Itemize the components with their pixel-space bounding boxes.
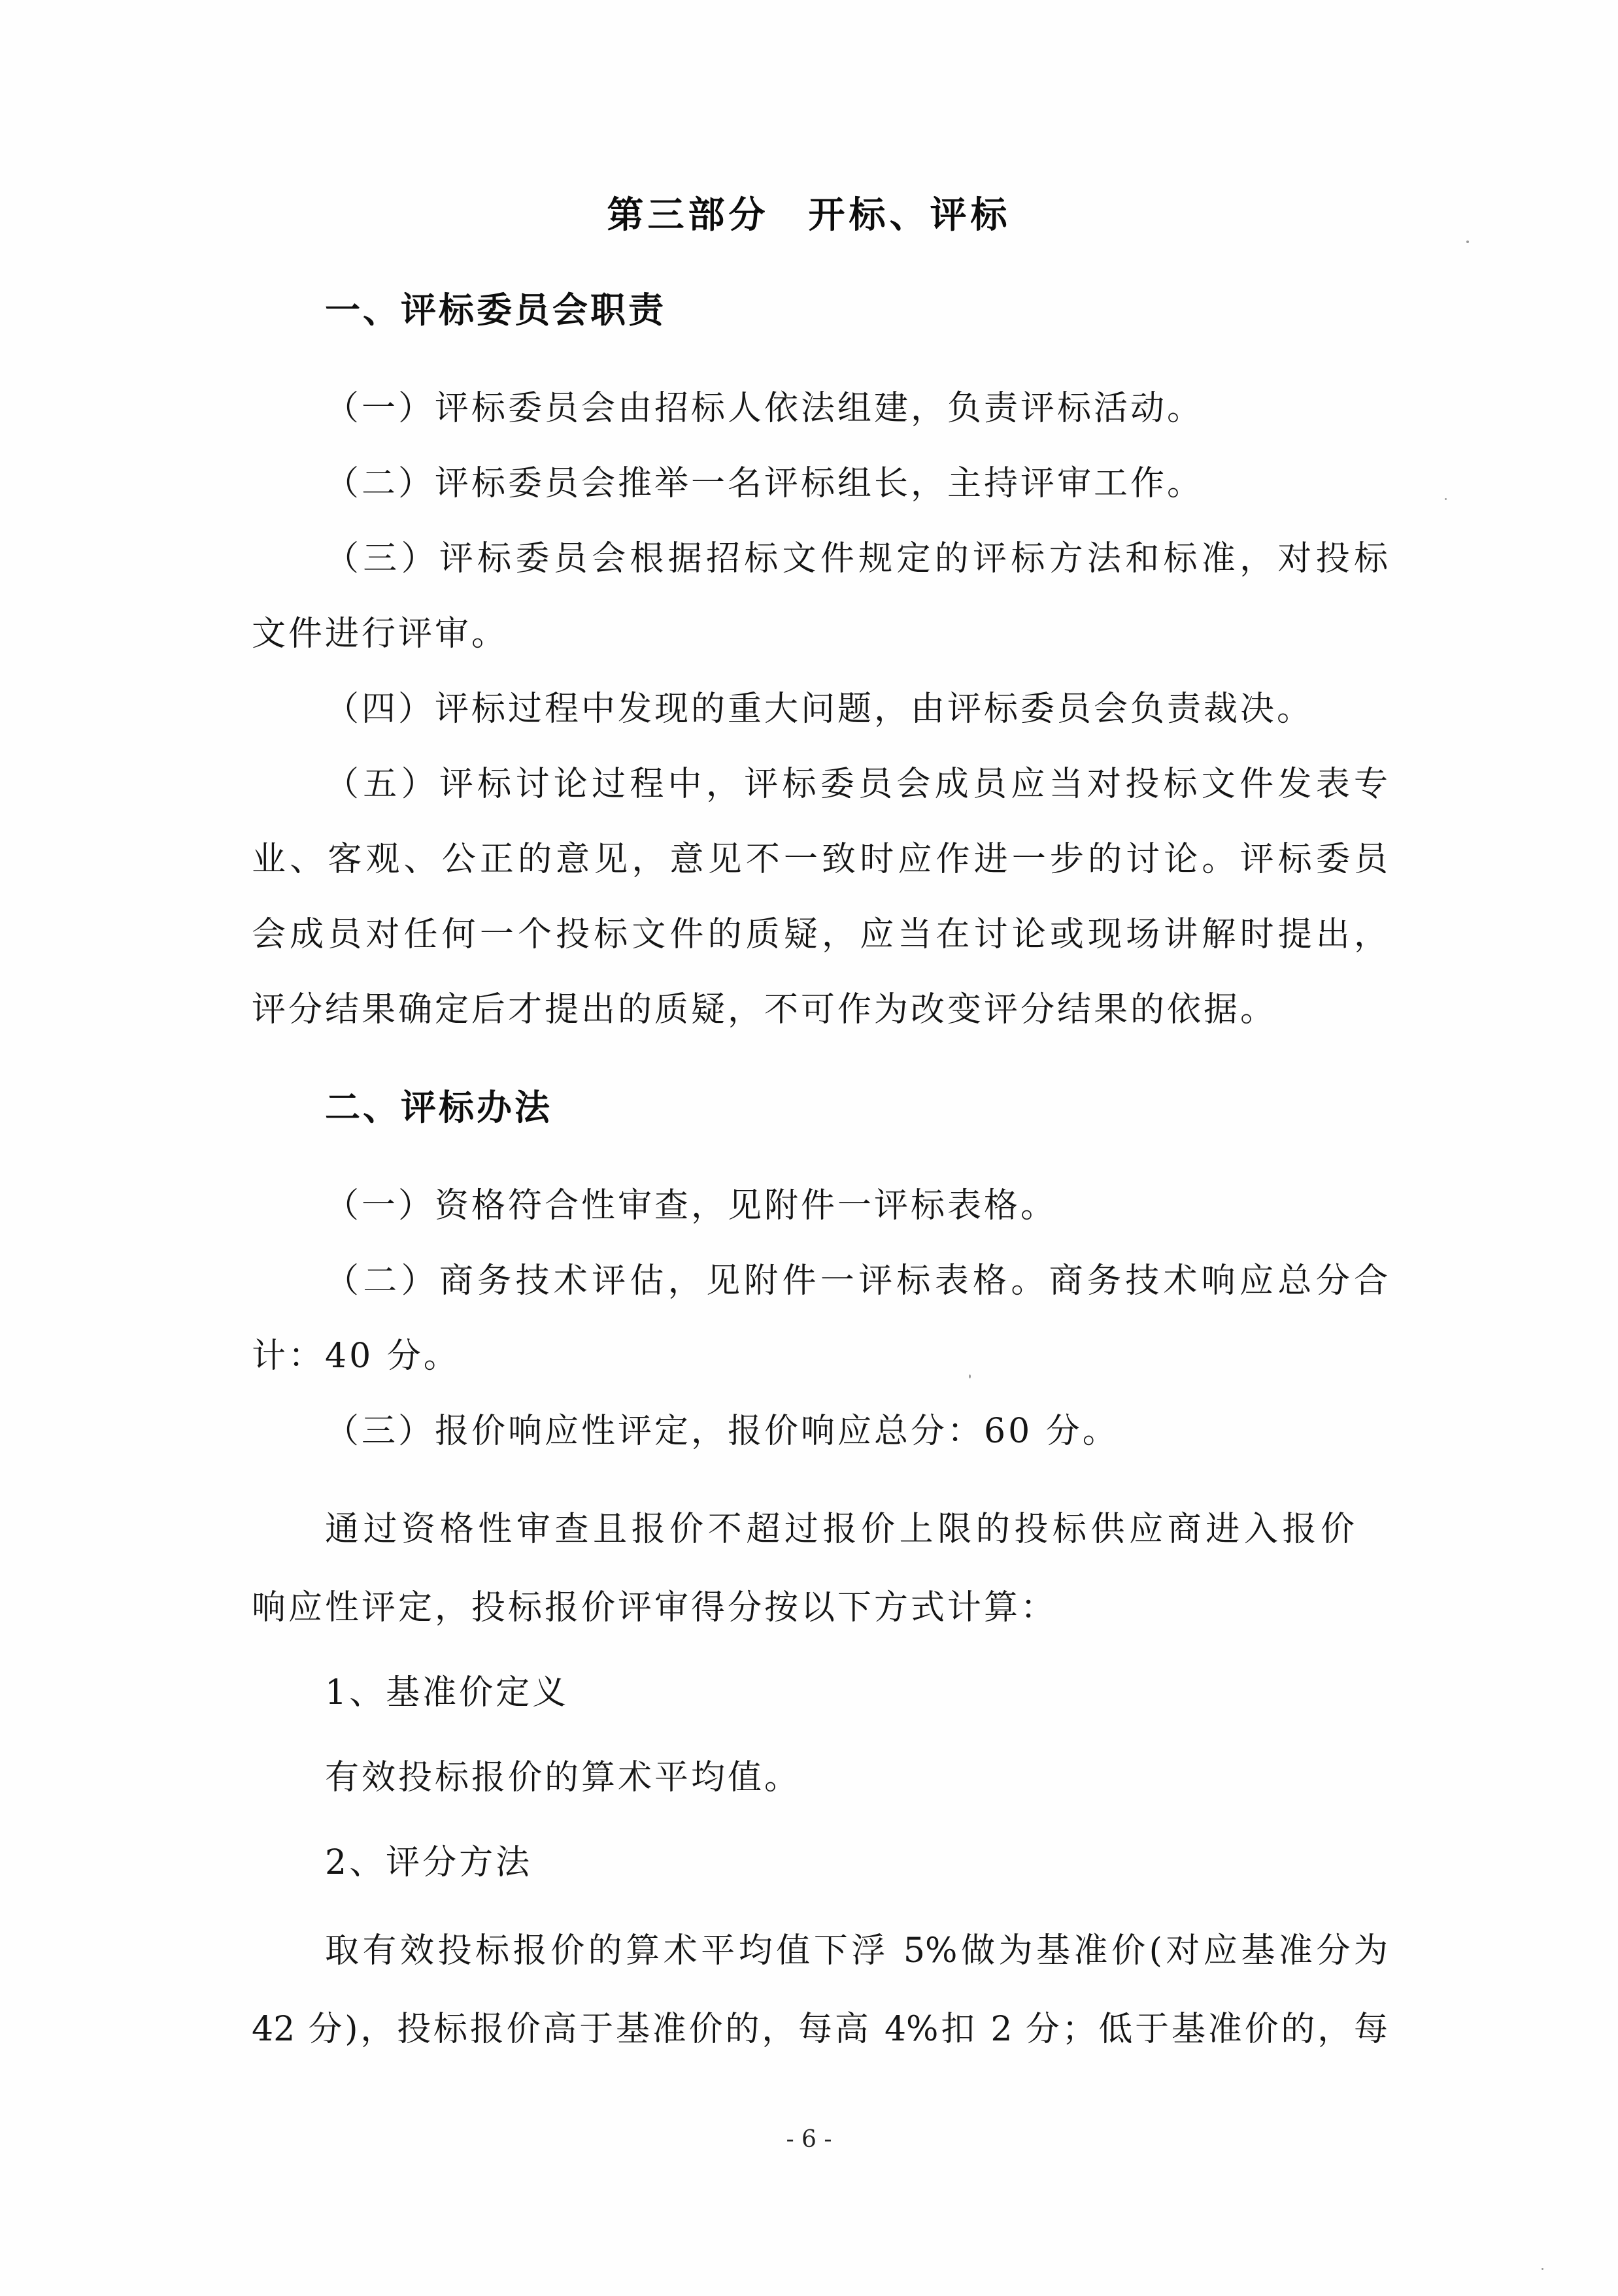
paragraph-line: （三）报价响应性评定，报价响应总分：60 分。 [325,1412,1119,1451]
paragraph-line: 业、客观、公正的意见，意见不一致时应作进一步的讨论。评标委员 [252,840,1388,879]
scan-speck [1445,498,1447,500]
paragraph-line: 会成员对任何一个投标文件的质疑，应当在讨论或现场讲解时提出， [252,915,1388,954]
paragraph-line: （一）评标委员会由招标人依法组建，负责评标活动。 [325,389,1204,428]
paragraph-line: 计：40 分。 [252,1337,460,1376]
paragraph-line: 有效投标报价的算术平均值。 [325,1758,801,1797]
page-number: - 6 - [0,2125,1618,2154]
section-heading-committee-duties: 一、评标委员会职责 [325,290,666,331]
scan-speck [1542,2268,1543,2270]
paragraph-line: 取有效投标报价的算术平均值下浮 5%做为基准价(对应基准分为 [325,1931,1388,1971]
paragraph-line: （一）资格符合性审查，见附件一评标表格。 [325,1186,1057,1225]
subsection-heading-scoring-method: 2、评分方法 [325,1843,532,1882]
paragraph-line: （五）评标讨论过程中，评标委员会成员应当对投标文件发表专 [325,765,1388,804]
title-part: 第三部分 [607,194,769,237]
paragraph-line: （二）商务技术评估，见附件一评标表格。商务技术响应总分合 [325,1261,1388,1301]
paragraph-line: 响应性评定，投标报价评审得分按以下方式计算： [252,1588,1057,1627]
page-title: 第三部分开标、评标 [0,195,1618,237]
document-page: 第三部分开标、评标 一、评标委员会职责 （一）评标委员会由招标人依法组建，负责评… [0,0,1618,2296]
paragraph-line: 42 分)，投标报价高于基准价的，每高 4%扣 2 分；低于基准价的，每 [252,2010,1388,2049]
title-topic: 开标、评标 [809,194,1011,237]
scan-speck [1466,241,1469,243]
subsection-heading-benchmark-definition: 1、基准价定义 [325,1673,569,1712]
scan-speck [969,1374,971,1378]
paragraph-line: （三）评标委员会根据招标文件规定的评标方法和标准，对投标 [325,539,1388,578]
paragraph-line: （四）评标过程中发现的重大问题，由评标委员会负责裁决。 [325,690,1313,729]
paragraph-line: 评分结果确定后才提出的质疑，不可作为改变评分结果的依据。 [252,990,1277,1029]
paragraph-line: （二）评标委员会推举一名评标组长，主持评审工作。 [325,464,1204,503]
paragraph-line: 通过资格性审查且报价不超过报价上限的投标供应商进入报价 [325,1510,1355,1549]
section-heading-evaluation-method: 二、评标办法 [325,1088,552,1128]
paragraph-line: 文件进行评审。 [252,614,508,654]
